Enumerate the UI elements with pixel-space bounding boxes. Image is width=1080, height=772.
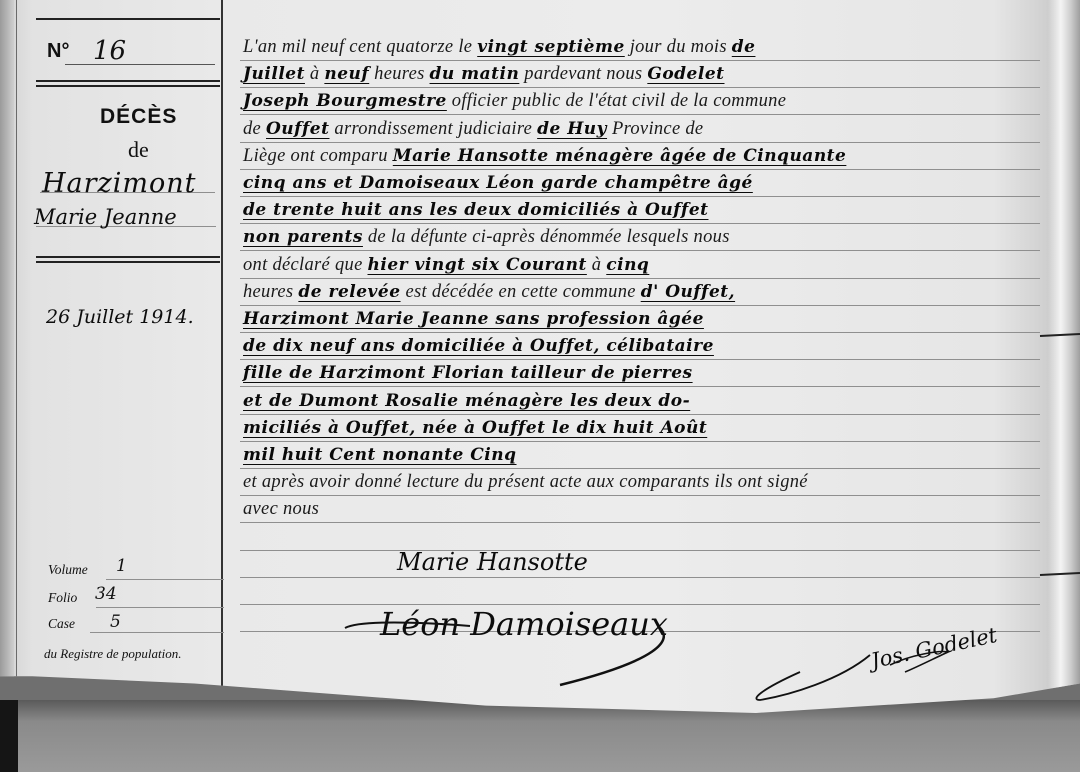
printed-text: ont déclaré que <box>243 255 368 275</box>
body-line: non parents de la défunte ci-après dénom… <box>243 226 730 254</box>
deces-heading: DÉCÈS <box>100 105 177 129</box>
page-binding-edge <box>0 0 14 700</box>
registration-date: 26 Juillet 1914. <box>46 306 194 328</box>
handwritten-entry: mil huit Cent nonante Cinq <box>243 445 517 465</box>
handwritten-entry: Godelet <box>647 64 724 84</box>
ruled-line <box>240 522 1040 523</box>
body-line: Juillet à neuf heures du matin pardevant… <box>243 63 725 91</box>
margin-double-rule-2 <box>36 85 220 87</box>
printed-text: heures <box>243 282 298 302</box>
margin-top-rule <box>36 18 220 20</box>
case-value: 5 <box>110 612 121 632</box>
printed-text: heures <box>369 64 429 84</box>
signature-witness-1: Marie Hansotte <box>397 548 588 576</box>
deceased-surname: Harzimont <box>42 168 197 199</box>
printed-text: est décédée en cette commune <box>401 282 641 302</box>
body-line: de Ouffet arrondissement judiciaire de H… <box>243 118 703 146</box>
body-line: ont déclaré que hier vingt six Courant à… <box>243 254 649 282</box>
signature-witness-2: Léon Damoiseaux <box>380 605 668 643</box>
margin-double-rule-1 <box>36 80 220 82</box>
page-right-edge <box>1048 0 1080 700</box>
case-rule <box>90 632 224 633</box>
folio-value: 34 <box>95 584 117 604</box>
handwritten-entry: Juillet <box>243 64 305 84</box>
handwritten-entry: fille de Harzimont Florian tailleur de p… <box>243 363 693 383</box>
handwritten-entry: de dix neuf ans domiciliée à Ouffet, cél… <box>243 336 714 356</box>
handwritten-entry: de Huy <box>537 119 607 139</box>
handwritten-entry: cinq <box>606 255 649 275</box>
ruled-line <box>240 577 1040 578</box>
folio-rule <box>96 607 224 608</box>
handwritten-entry: vingt septième <box>477 37 625 57</box>
folio-label: Folio <box>48 590 77 606</box>
body-line: heures de relevée est décédée en cette c… <box>243 281 735 309</box>
handwritten-entry: de trente huit ans les deux domiciliés à… <box>243 200 708 220</box>
printed-text: officier public de l'état civil de la co… <box>447 91 786 111</box>
body-line: et de Dumont Rosalie ménagère les deux d… <box>243 390 690 418</box>
printed-text: jour du mois <box>625 37 732 57</box>
handwritten-entry: de <box>732 37 756 57</box>
body-line: et après avoir donné lecture du présent … <box>243 471 808 499</box>
volume-value: 1 <box>116 556 127 576</box>
body-line: Harzimont Marie Jeanne sans profession â… <box>243 308 704 336</box>
ruled-line <box>240 550 1040 551</box>
body-line: Liège ont comparu Marie Hansotte ménagèr… <box>243 145 846 173</box>
certificate-number: 16 <box>93 36 126 66</box>
body-line: fille de Harzimont Florian tailleur de p… <box>243 362 693 390</box>
volume-rule <box>106 579 224 580</box>
handwritten-entry: du matin <box>430 64 520 84</box>
handwritten-entry: cinq ans et Damoiseaux Léon garde champê… <box>243 173 753 193</box>
margin-double-rule-3 <box>36 256 220 258</box>
printed-text: L'an mil neuf cent quatorze le <box>243 37 477 57</box>
book-edge-shadow <box>0 700 18 772</box>
handwritten-entry: Marie Hansotte ménagère âgée de Cinquant… <box>393 146 847 166</box>
underlying-page <box>0 700 1080 772</box>
printed-text: et après avoir donné lecture du présent … <box>243 472 808 492</box>
printed-text: de la défunte ci-après dénommée lesquels… <box>363 227 730 247</box>
printed-text: à <box>305 64 324 84</box>
certificate-number-label: N° <box>47 40 69 63</box>
handwritten-entry: non parents <box>243 227 363 247</box>
deces-de: de <box>128 137 149 163</box>
case-label: Case <box>48 616 75 632</box>
handwritten-entry: neuf <box>324 64 369 84</box>
body-line: Joseph Bourgmestre officier public de l'… <box>243 90 786 118</box>
printed-text: avec nous <box>243 499 319 519</box>
body-line: de dix neuf ans domiciliée à Ouffet, cél… <box>243 335 714 363</box>
margin-divider <box>221 0 223 692</box>
register-footer-label: du Registre de population. <box>44 646 181 662</box>
printed-text: Liège ont comparu <box>243 146 393 166</box>
body-line: miciliés à Ouffet, née à Ouffet le dix h… <box>243 417 707 445</box>
handwritten-entry: et de Dumont Rosalie ménagère les deux d… <box>243 391 690 411</box>
handwritten-entry: miciliés à Ouffet, née à Ouffet le dix h… <box>243 418 707 438</box>
number-label: N° <box>47 40 69 62</box>
printed-text: de <box>243 119 266 139</box>
body-line: cinq ans et Damoiseaux Léon garde champê… <box>243 172 753 200</box>
handwritten-entry: de relevée <box>298 282 400 302</box>
body-line: avec nous <box>243 498 319 526</box>
body-line: de trente huit ans les deux domiciliés à… <box>243 199 708 227</box>
register-page: N° 16 DÉCÈS de Harzimont Marie Jeanne 26… <box>0 0 1080 735</box>
left-border-rule <box>16 0 17 700</box>
printed-text: à <box>587 255 606 275</box>
body-line: L'an mil neuf cent quatorze le vingt sep… <box>243 36 755 64</box>
body-line: mil huit Cent nonante Cinq <box>243 444 517 472</box>
handwritten-entry: d' Ouffet, <box>641 282 735 302</box>
handwritten-entry: Harzimont Marie Jeanne sans profession â… <box>243 309 704 329</box>
handwritten-entry: hier vingt six Courant <box>368 255 587 275</box>
printed-text: arrondissement judiciaire <box>329 119 537 139</box>
deceased-given-names: Marie Jeanne <box>34 205 177 229</box>
printed-text: pardevant nous <box>519 64 647 84</box>
volume-label: Volume <box>48 562 88 578</box>
number-underline <box>65 64 215 65</box>
margin-double-rule-4 <box>36 261 220 263</box>
handwritten-entry: Joseph Bourgmestre <box>243 91 447 111</box>
printed-text: Province de <box>607 119 703 139</box>
handwritten-entry: Ouffet <box>266 119 329 139</box>
